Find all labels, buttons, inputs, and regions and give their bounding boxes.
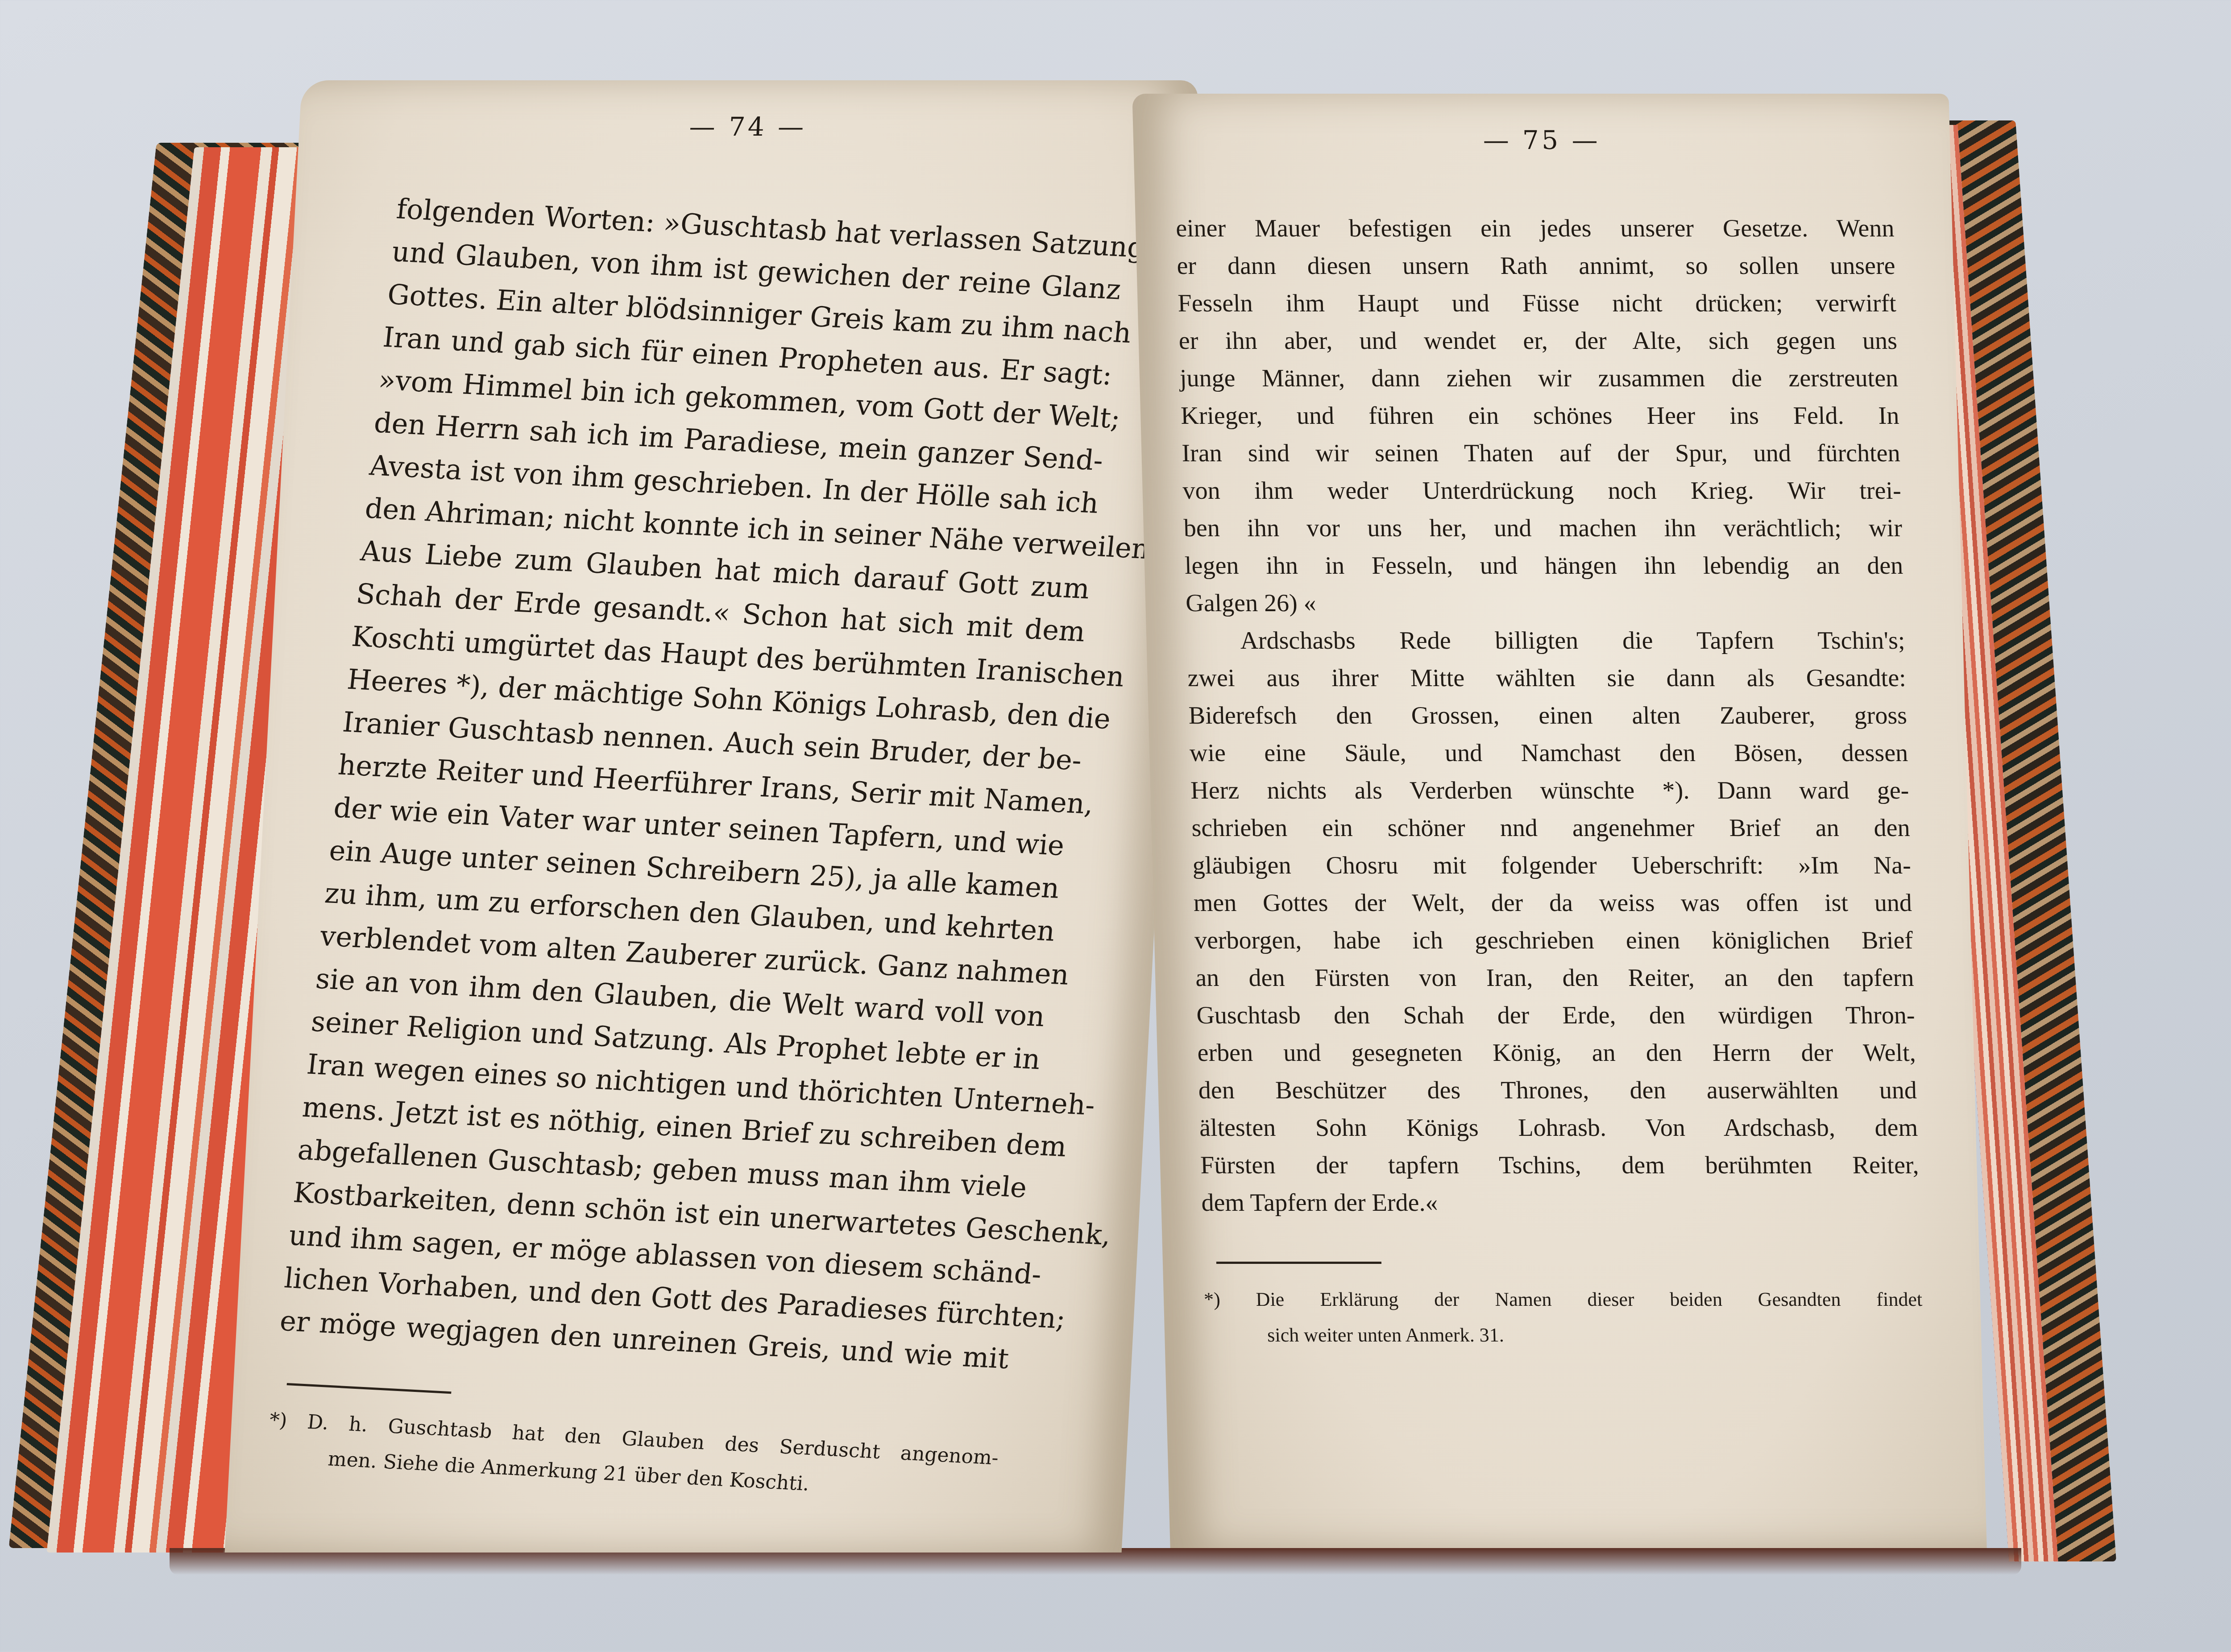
text-line: an den Fürsten von Iran, den Reiter, an … [1195,959,1914,997]
text-line: wie eine Säule, und Namchast den Bösen, … [1189,734,1908,772]
text-line: dem Tapfern der Erde.« [1201,1184,1920,1221]
footnote-right: *) Die Erklärung der Namen dieser beiden… [1203,1282,1924,1353]
page-number-left: — 74 — [298,80,1199,165]
text-line: er ihn aber, und wendet er, der Alte, si… [1178,322,1898,360]
text-line: men Gottes der Welt, der da weiss was of… [1193,884,1912,922]
text-line: schrieben ein schöner nnd angenehmer Bri… [1191,809,1910,847]
text-line: junge Männer, dann ziehen wir zusammen d… [1179,360,1899,397]
open-book-photo: c 3 8 g — 74 — folgenden Worten: »Guscht… [0,0,2231,1652]
text-line: ben ihn vor uns her, und machen ihn verä… [1183,509,1903,547]
footnote-divider [1216,1262,1381,1264]
footnote-divider [287,1383,452,1394]
text-line: Guschtasb den Schah der Erde, den würdig… [1196,997,1915,1034]
text-line: Ardschasbs Rede billigten die Tapfern Ts… [1186,622,1905,659]
footnote-line: sich weiter unten Anmerk. 31. [1204,1317,1924,1353]
page-74: — 74 — folgenden Worten: »Guschtasb hat … [225,80,1199,1553]
text-line: Fürsten der tapfern Tschins, dem berühmt… [1200,1147,1919,1184]
text-line: ältesten Sohn Königs Lohrasb. Von Ardsch… [1199,1109,1918,1147]
footnote-left: *) D. h. Guschtasb hat den Glauben des S… [264,1402,1000,1512]
body-text-right: einer Mauer befestigen ein jedes unserer… [1175,210,1924,1353]
text-line: Iran sind wir seinen Thaten auf der Spur… [1181,435,1900,472]
text-line: Herz nichts als Verderben wünschte *). D… [1190,772,1909,809]
text-line: einer Mauer befestigen ein jedes unserer… [1175,210,1895,247]
text-line: erben und gesegneten König, an den Herrn… [1197,1034,1916,1072]
text-line: Biderefsch den Grossen, einen alten Zaub… [1188,697,1908,734]
text-line: legen ihn in Fesseln, und hängen ihn leb… [1184,547,1903,584]
text-line: gläubigen Chosru mit folgender Ueberschr… [1192,847,1912,884]
text-line: den Beschützer des Thrones, den auserwäh… [1198,1072,1917,1109]
text-line: Krieger, und führen ein schönes Heer ins… [1180,397,1899,435]
body-text-left: folgenden Worten: »Guschtasb hat verlass… [264,187,1128,1512]
page-75: — 75 — einer Mauer befestigen ein jedes … [1132,94,1986,1548]
text-line: verborgen, habe ich geschrieben einen kö… [1194,922,1913,959]
text-line: Galgen 26) « [1185,584,1904,622]
text-line: Fesseln ihm Haupt und Füsse nicht drücke… [1178,285,1897,322]
page-number-right: — 75 — [1132,94,1951,178]
text-line: zwei aus ihrer Mitte wählten sie dann al… [1187,659,1907,697]
footnote-line: *) Die Erklärung der Namen dieser beiden… [1203,1282,1923,1317]
text-line: von ihm weder Unterdrückung noch Krieg. … [1182,472,1902,509]
text-line: er dann diesen unsern Rath annimt, so so… [1176,247,1895,285]
